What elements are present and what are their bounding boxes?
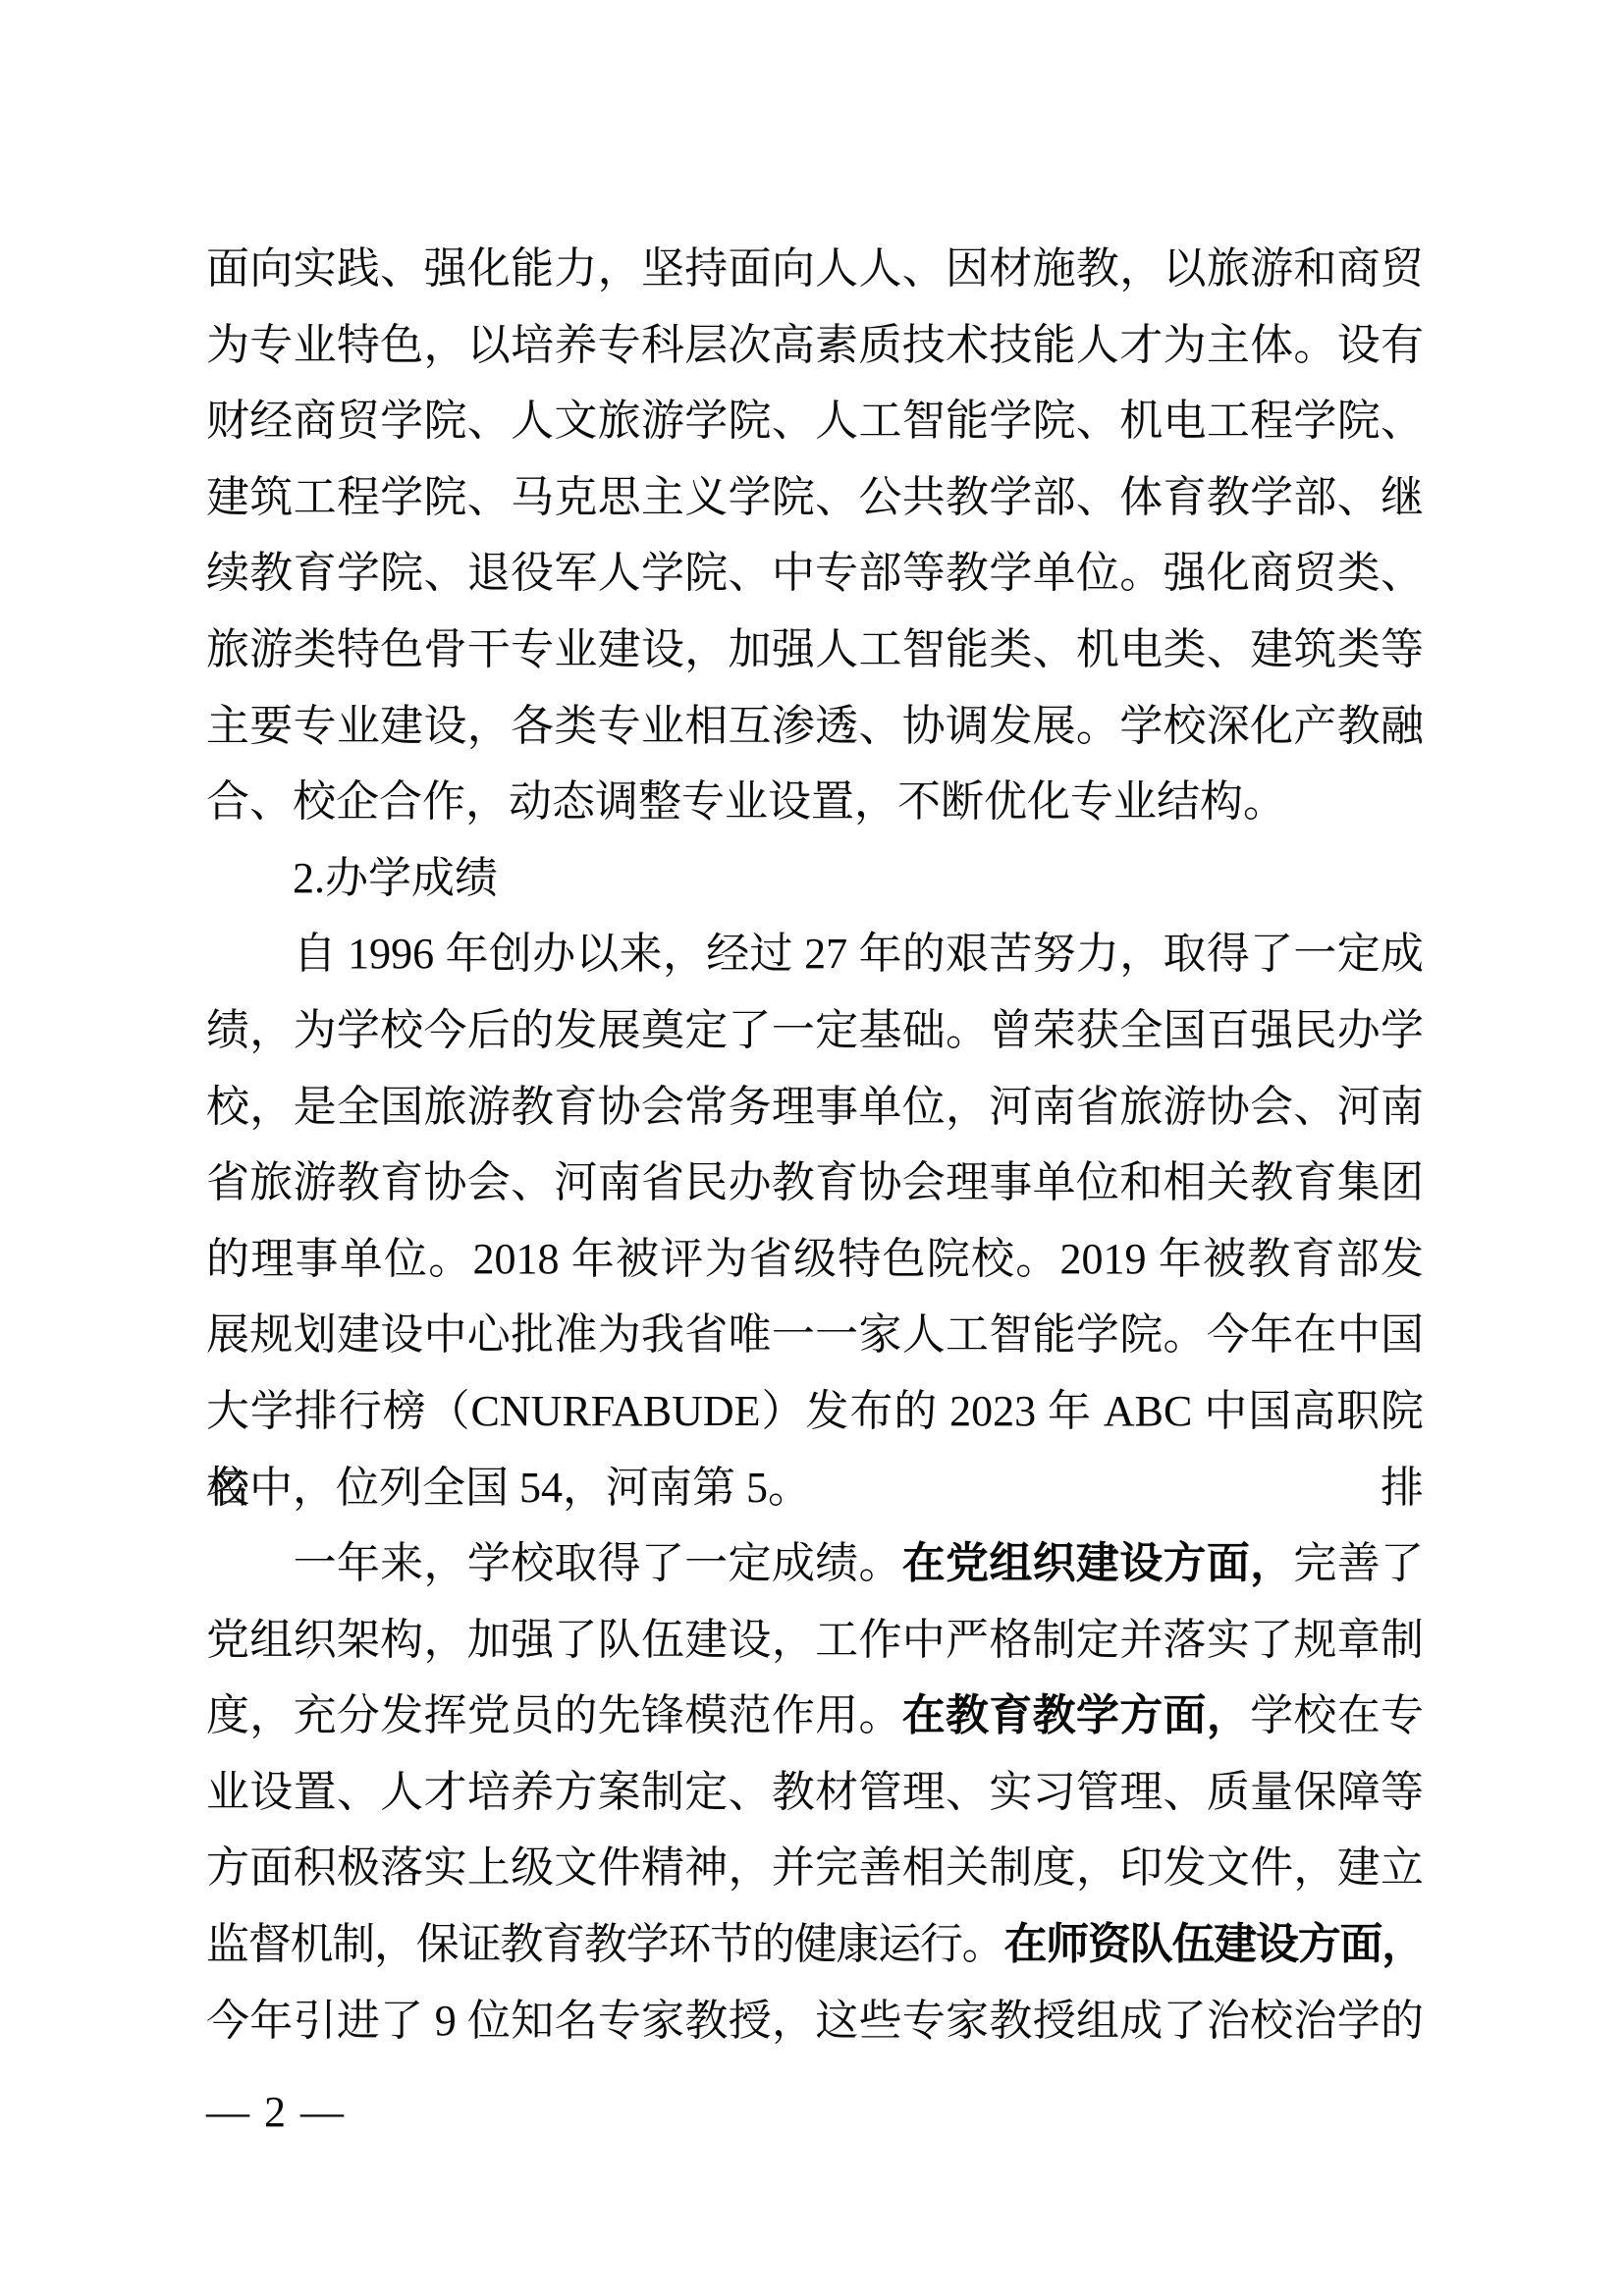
text-run: 为专业特色，以培养专科层次高素质技术技能人才为主体。设有	[206, 321, 1424, 369]
text-line: 党组织架构，加强了队伍建设，工作中严格制定并落实了规章制	[206, 1602, 1424, 1679]
document-page: 面向实践、强化能力，坚持面向人人、因材施教，以旅游和商贸为专业特色，以培养专科层…	[0, 0, 1624, 2296]
text-line: 合、校企合作，动态调整专业设置，不断优化专业结构。	[206, 764, 1424, 840]
text-run: 校，是全国旅游教育协会常务理事单位，河南省旅游协会、河南	[206, 1083, 1424, 1131]
text-run: 自 1996 年创办以来，经过 27 年的艰苦努力，取得了一定成	[206, 930, 1424, 978]
text-line: 面向实践、强化能力，坚持面向人人、因材施教，以旅游和商贸	[206, 231, 1424, 307]
text-line: 自 1996 年创办以来，经过 27 年的艰苦努力，取得了一定成	[206, 916, 1424, 992]
text-run: 2.办学成绩	[206, 854, 498, 902]
text-line: 业设置、人才培养方案制定、教材管理、实习管理、质量保障等	[206, 1754, 1424, 1831]
text-run: 名中，位列全国 54，河南第 5。	[206, 1464, 811, 1512]
text-run: 续教育学院、退役军人学院、中专部等教学单位。强化商贸类、	[206, 549, 1424, 597]
text-run: 建筑工程学院、马克思主义学院、公共教学部、体育教学部、继	[206, 473, 1424, 521]
text-run: 面向实践、强化能力，坚持面向人人、因材施教，以旅游和商贸	[206, 244, 1424, 293]
text-run: 今年引进了 9 位知名专家教授，这些专家教授组成了治校治学的	[206, 1997, 1424, 2045]
text-line: 一年来，学校取得了一定成绩。在党组织建设方面，完善了	[206, 1525, 1424, 1602]
text-run: 旅游类特色骨干专业建设，加强人工智能类、机电类、建筑类等	[206, 625, 1424, 673]
text-run: 的理事单位。2018 年被评为省级特色院校。2019 年被教育部发	[206, 1235, 1424, 1283]
text-line: 大学排行榜（CNURFABUDE）发布的 2023 年 ABC 中国高职院校排	[206, 1373, 1424, 1450]
bold-text-run: 在党组织建设方面，	[902, 1539, 1294, 1587]
document-body: 面向实践、强化能力，坚持面向人人、因材施教，以旅游和商贸为专业特色，以培养专科层…	[206, 231, 1424, 2058]
page-number: — 2 —	[206, 2088, 346, 2136]
text-run: 绩，为学校今后的发展奠定了一定基础。曾荣获全国百强民办学	[206, 1006, 1424, 1054]
text-line: 2.办学成绩	[206, 840, 1424, 917]
text-run: 度，充分发挥党员的先锋模范作用。	[206, 1691, 902, 1739]
text-line: 绩，为学校今后的发展奠定了一定基础。曾荣获全国百强民办学	[206, 992, 1424, 1069]
bold-text-run: 在教育教学方面，	[902, 1691, 1250, 1739]
text-line: 方面积极落实上级文件精神，并完善相关制度，印发文件，建立	[206, 1830, 1424, 1906]
text-line: 监督机制，保证教育教学环节的健康运行。在师资队伍建设方面，	[206, 1906, 1424, 1983]
text-line: 建筑工程学院、马克思主义学院、公共教学部、体育教学部、继	[206, 459, 1424, 536]
text-line: 的理事单位。2018 年被评为省级特色院校。2019 年被教育部发	[206, 1221, 1424, 1298]
text-line: 为专业特色，以培养专科层次高素质技术技能人才为主体。设有	[206, 307, 1424, 384]
text-line: 展规划建设中心批准为我省唯一一家人工智能学院。今年在中国	[206, 1297, 1424, 1373]
text-run: 展规划建设中心批准为我省唯一一家人工智能学院。今年在中国	[206, 1310, 1424, 1359]
text-line: 度，充分发挥党员的先锋模范作用。在教育教学方面，学校在专	[206, 1678, 1424, 1754]
text-run: 学校在专	[1250, 1691, 1424, 1739]
text-run: 监督机制，保证教育教学环节的健康运行。	[206, 1920, 1003, 1968]
text-run: 党组织架构，加强了队伍建设，工作中严格制定并落实了规章制	[206, 1616, 1424, 1664]
text-line: 财经商贸学院、人文旅游学院、人工智能学院、机电工程学院、	[206, 383, 1424, 459]
text-line: 省旅游教育协会、河南省民办教育协会理事单位和相关教育集团	[206, 1145, 1424, 1221]
text-run: 一年来，学校取得了一定成绩。	[206, 1539, 902, 1587]
text-run: 主要专业建设，各类专业相互渗透、协调发展。学校深化产教融	[206, 702, 1424, 750]
text-line: 续教育学院、退役军人学院、中专部等教学单位。强化商贸类、	[206, 535, 1424, 612]
page-footer: — 2 —	[206, 2087, 346, 2138]
text-run: 合、校企合作，动态调整专业设置，不断优化专业结构。	[206, 777, 1286, 826]
text-run: 省旅游教育协会、河南省民办教育协会理事单位和相关教育集团	[206, 1158, 1424, 1206]
text-run: 业设置、人才培养方案制定、教材管理、实习管理、质量保障等	[206, 1768, 1424, 1816]
text-line: 旅游类特色骨干专业建设，加强人工智能类、机电类、建筑类等	[206, 612, 1424, 688]
text-run: 完善了	[1293, 1539, 1424, 1587]
bold-text-run: 在师资队伍建设方面，	[1003, 1920, 1424, 1968]
text-line: 主要专业建设，各类专业相互渗透、协调发展。学校深化产教融	[206, 688, 1424, 765]
text-line: 校，是全国旅游教育协会常务理事单位，河南省旅游协会、河南	[206, 1069, 1424, 1146]
text-run: 财经商贸学院、人文旅游学院、人工智能学院、机电工程学院、	[206, 397, 1424, 445]
text-line: 今年引进了 9 位知名专家教授，这些专家教授组成了治校治学的	[206, 1983, 1424, 2059]
text-run: 方面积极落实上级文件精神，并完善相关制度，印发文件，建立	[206, 1843, 1424, 1892]
